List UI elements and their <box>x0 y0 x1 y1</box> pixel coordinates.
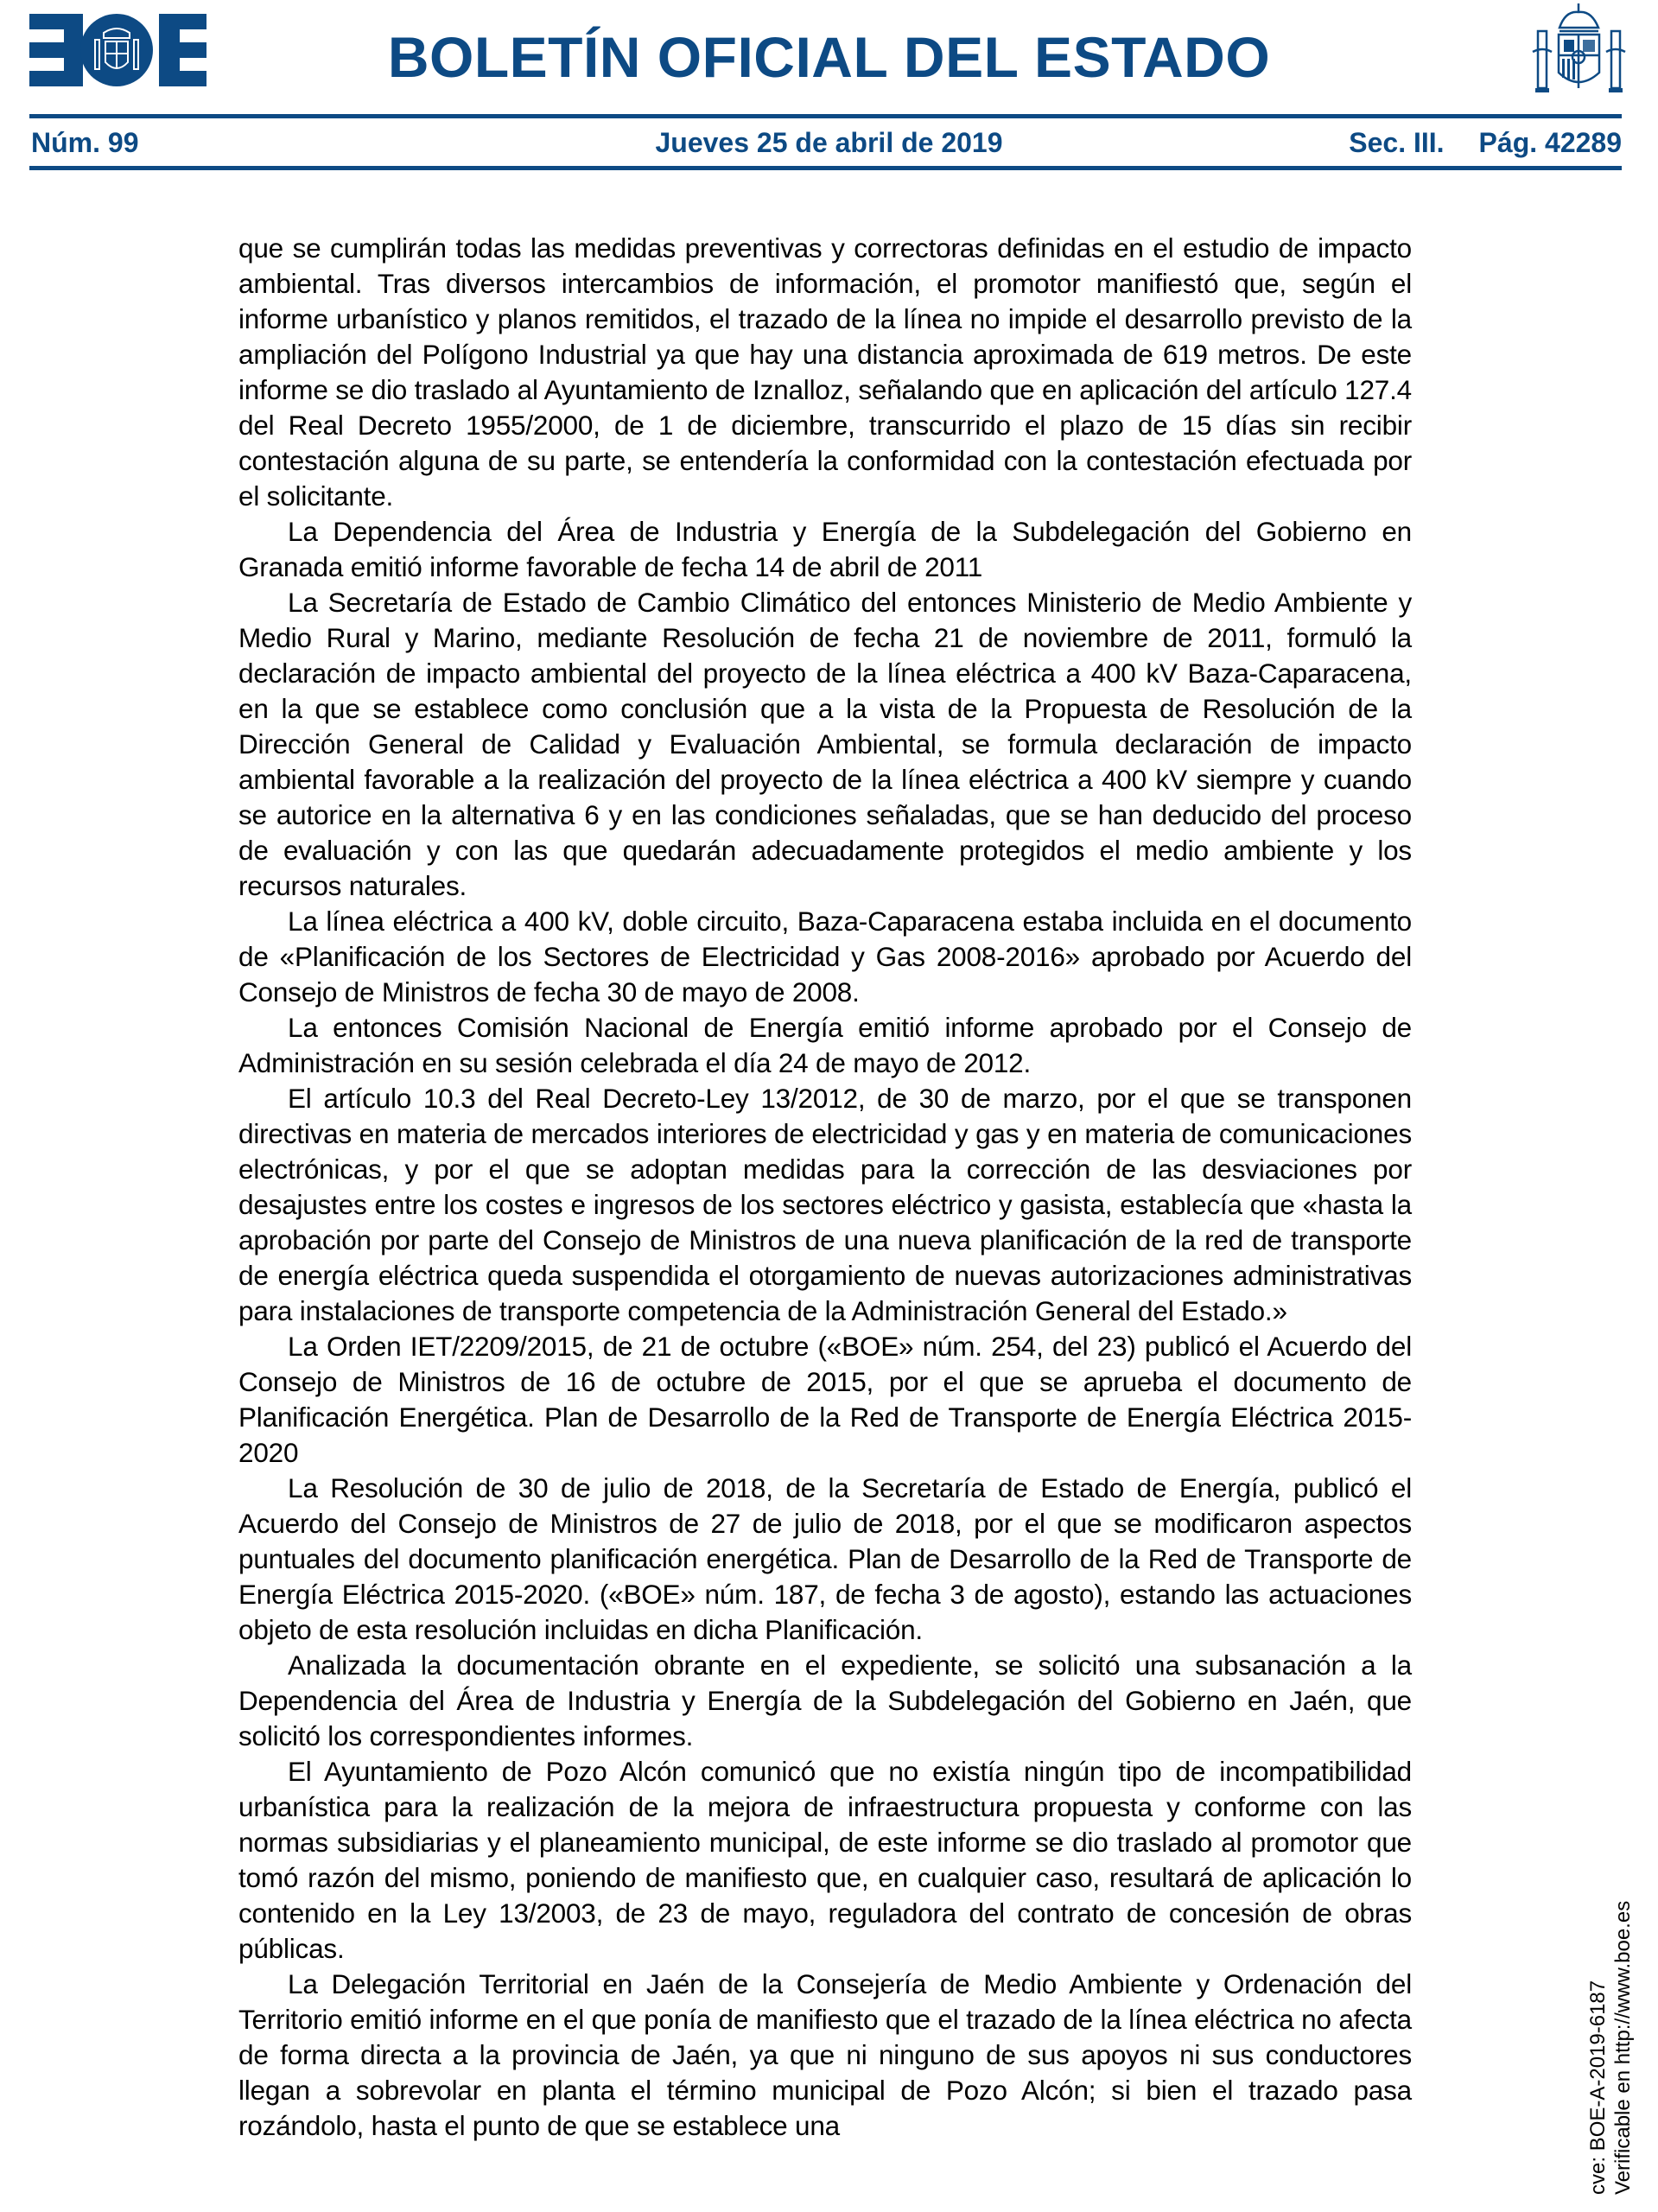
section-label: Sec. III. <box>1349 127 1444 158</box>
paragraph: La Secretaría de Estado de Cambio Climát… <box>238 585 1412 904</box>
paragraph: La Dependencia del Área de Industria y E… <box>238 514 1412 585</box>
cve-code: cve: BOE-A-2019-6187 <box>1585 1901 1610 2195</box>
header-rule-top <box>29 114 1622 118</box>
verify-link[interactable]: Verificable en http://www.boe.es <box>1610 1901 1636 2195</box>
page-number: Pág. 42289 <box>1479 127 1622 158</box>
page-title: BOLETÍN OFICIAL DEL ESTADO <box>0 21 1658 93</box>
section-page: Sec. III.Pág. 42289 <box>1314 123 1622 162</box>
paragraph: El artículo 10.3 del Real Decreto-Ley 13… <box>238 1081 1412 1329</box>
verification-sidebar: cve: BOE-A-2019-6187 Verificable en http… <box>1585 1901 1636 2195</box>
paragraph: La entonces Comisión Nacional de Energía… <box>238 1010 1412 1081</box>
paragraph: que se cumplirán todas las medidas preve… <box>238 231 1412 514</box>
paragraph: El Ayuntamiento de Pozo Alcón comunicó q… <box>238 1754 1412 1967</box>
paragraph: La línea eléctrica a 400 kV, doble circu… <box>238 904 1412 1010</box>
coat-of-arms-icon <box>1529 2 1629 95</box>
paragraph: La Resolución de 30 de julio de 2018, de… <box>238 1471 1412 1648</box>
document-body: que se cumplirán todas las medidas preve… <box>238 231 1412 2144</box>
paragraph: La Orden IET/2209/2015, de 21 de octubre… <box>238 1329 1412 1471</box>
issue-number: Núm. 99 <box>31 123 138 162</box>
paragraph: La Delegación Territorial en Jaén de la … <box>238 1967 1412 2144</box>
header-rule-bottom <box>29 166 1622 170</box>
paragraph: Analizada la documentación obrante en el… <box>238 1648 1412 1754</box>
